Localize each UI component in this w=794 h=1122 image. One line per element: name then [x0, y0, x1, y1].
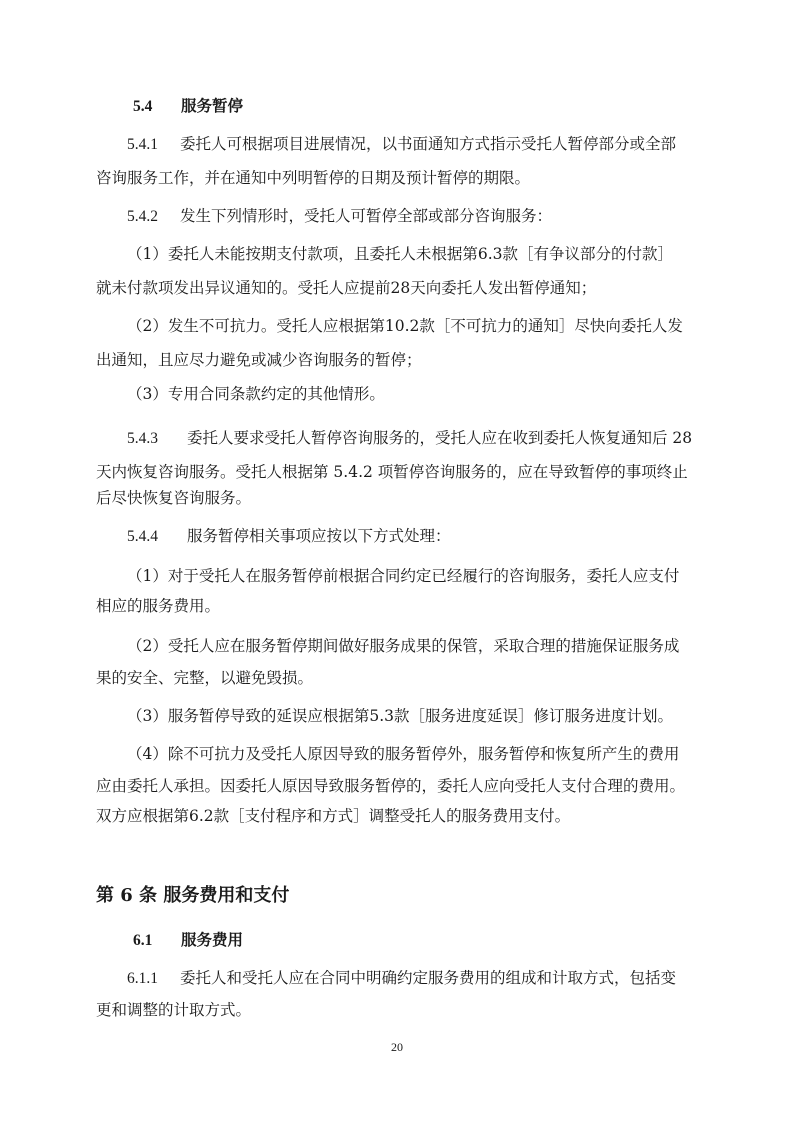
paragraph-line: 天内恢复咨询服务。受托人根据第 5.4.2 项暂停咨询服务的，应在导致暂停的事项…: [96, 462, 688, 482]
page-number: 20: [0, 1040, 794, 1055]
item-text: 对于受托人在服务暂停前根据合同约定已经履行的咨询服务，委托人应支付: [168, 567, 680, 585]
paragraph-5-4-4: 5.4.4服务暂停相关事项应按以下方式处理：: [127, 526, 451, 547]
item-text: 除不可抗力及受托人原因导致的服务暂停外，服务暂停和恢复所产生的费用: [168, 745, 680, 763]
paragraph-line: 应由委托人承担。因委托人原因导致服务暂停的，委托人应向受托人支付合理的费用。: [96, 776, 685, 796]
list-item-3: （3）服务暂停导致的延误应根据第5.3款［服务进度延误］修订服务进度计划。: [127, 706, 673, 726]
section-heading-6-1: 6.1服务费用: [133, 930, 243, 951]
item-number: （1）: [127, 245, 168, 263]
list-item-4: （4）除不可抗力及受托人原因导致的服务暂停外，服务暂停和恢复所产生的费用: [127, 744, 679, 764]
list-item-1: （1）委托人未能按期支付款项，且委托人未根据第6.3款［有争议部分的付款］: [127, 244, 673, 264]
paragraph-line: 更和调整的计取方式。: [96, 1000, 251, 1020]
paragraph-line: 就未付款项发出异议通知的。受托人应提前28天向委托人发出暂停通知；: [96, 278, 596, 298]
paragraph-text: 发生下列情形时，受托人可暂停全部或部分咨询服务：: [180, 207, 552, 225]
section-number: 6.1: [133, 931, 181, 951]
clause-number: 5.4.3: [127, 429, 187, 449]
article-heading-6: 第 6 条 服务费用和支付: [96, 886, 289, 906]
paragraph-line: 出通知，且应尽力避免或减少咨询服务的暂停；: [96, 350, 422, 370]
item-text: 服务暂停导致的延误应根据第5.3款［服务进度延误］修订服务进度计划。: [168, 707, 673, 725]
paragraph-line: 双方应根据第6.2款［支付程序和方式］调整受托人的服务费用支付。: [96, 806, 570, 826]
section-title: 服务费用: [181, 930, 243, 949]
list-item-2: （2）发生不可抗力。受托人应根据第10.2款［不可抗力的通知］尽快向委托人发: [127, 316, 683, 336]
paragraph-6-1-1: 6.1.1委托人和受托人应在合同中明确约定服务费用的组成和计取方式，包括变: [127, 968, 676, 989]
item-text: 发生不可抗力。受托人应根据第10.2款［不可抗力的通知］尽快向委托人发: [168, 317, 683, 335]
paragraph-5-4-3: 5.4.3委托人要求受托人暂停咨询服务的，受托人应在收到委托人恢复通知后 28: [127, 428, 692, 449]
paragraph-line: 后尽快恢复咨询服务。: [96, 488, 251, 508]
paragraph-line: 咨询服务工作，并在通知中列明暂停的日期及预计暂停的期限。: [96, 168, 530, 188]
item-number: （2）: [127, 637, 168, 655]
item-number: （4）: [127, 745, 168, 763]
clause-number: 6.1.1: [127, 969, 180, 989]
section-number: 5.4: [133, 97, 181, 117]
paragraph-text: 委托人要求受托人暂停咨询服务的，受托人应在收到委托人恢复通知后 28: [187, 429, 692, 447]
item-number: （2）: [127, 317, 168, 335]
paragraph-line: 相应的服务费用。: [96, 596, 220, 616]
section-title: 服务暂停: [181, 96, 243, 115]
list-item-1: （1）对于受托人在服务暂停前根据合同约定已经履行的咨询服务，委托人应支付: [127, 566, 679, 586]
item-number: （3）: [127, 385, 168, 403]
paragraph-text: 服务暂停相关事项应按以下方式处理：: [187, 527, 451, 545]
item-number: （1）: [127, 567, 168, 585]
paragraph-text: 委托人和受托人应在合同中明确约定服务费用的组成和计取方式，包括变: [180, 969, 676, 987]
item-number: （3）: [127, 707, 168, 725]
paragraph-line: 果的安全、完整，以避免毁损。: [96, 668, 313, 688]
list-item-3: （3）专用合同条款约定的其他情形。: [127, 384, 385, 404]
clause-number: 5.4.4: [127, 527, 187, 547]
section-heading-5-4: 5.4服务暂停: [133, 96, 243, 117]
paragraph-text: 委托人可根据项目进展情况，以书面通知方式指示受托人暂停部分或全部: [180, 135, 676, 153]
item-text: 专用合同条款约定的其他情形。: [168, 385, 385, 403]
item-text: 委托人未能按期支付款项，且委托人未根据第6.3款［有争议部分的付款］: [168, 245, 673, 263]
clause-number: 5.4.2: [127, 207, 180, 227]
clause-number: 5.4.1: [127, 135, 180, 155]
list-item-2: （2）受托人应在服务暂停期间做好服务成果的保管，采取合理的措施保证服务成: [127, 636, 679, 656]
paragraph-5-4-2: 5.4.2发生下列情形时，受托人可暂停全部或部分咨询服务：: [127, 206, 552, 227]
item-text: 受托人应在服务暂停期间做好服务成果的保管，采取合理的措施保证服务成: [168, 637, 680, 655]
paragraph-5-4-1: 5.4.1委托人可根据项目进展情况，以书面通知方式指示受托人暂停部分或全部: [127, 134, 676, 155]
